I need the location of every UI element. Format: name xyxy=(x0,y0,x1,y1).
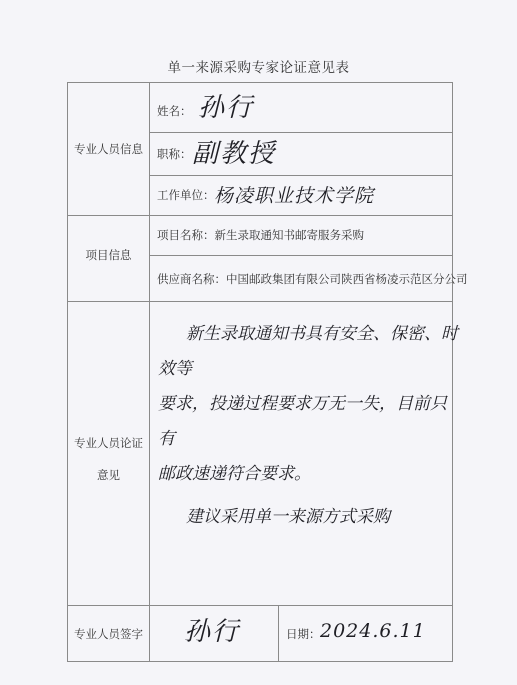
project-info-label: 项目信息 xyxy=(68,245,149,267)
column-divider-signature xyxy=(149,605,150,662)
expert-opinion-form-table: 专业人员信息 姓名： 孙行 职称： 副教授 工作单位： 杨凌职业技术学院 项目信… xyxy=(67,82,453,662)
project-name-value: 新生录取通知书邮寄服务采购 xyxy=(215,228,365,242)
supplier-value: 中国邮政集团有限公司陕西省杨凌示范区分公司 xyxy=(226,272,468,286)
supplier-row: 供应商名称：中国邮政集团有限公司陕西省杨凌示范区分公司 xyxy=(157,271,468,287)
expert-opinion-label-line2: 意见 xyxy=(68,465,149,487)
opinion-line: 要求，投递过程要求万无一失，目前只有 xyxy=(158,387,458,457)
section-divider xyxy=(68,215,453,216)
project-name-label: 项目名称： xyxy=(157,228,215,242)
date-handwritten: 2024.6.11 xyxy=(320,620,426,642)
work-unit-handwritten: 杨凌职业技术学院 xyxy=(214,181,374,208)
expert-opinion-label: 专业人员论证 意见 xyxy=(68,433,149,487)
row-divider xyxy=(149,255,453,256)
title-label: 职称： xyxy=(157,146,192,162)
section-divider xyxy=(68,301,453,302)
name-handwritten: 孙行 xyxy=(198,87,254,124)
title-handwritten: 副教授 xyxy=(192,133,276,170)
opinion-line: 建议采用单一来源方式采购 xyxy=(158,500,458,535)
signature-handwritten: 孙行 xyxy=(184,611,240,648)
work-unit-label: 工作单位： xyxy=(157,187,215,203)
column-divider xyxy=(149,83,150,605)
signature-label: 专业人员签字 xyxy=(68,624,149,646)
date-label: 日期： xyxy=(286,626,321,642)
personnel-info-label: 专业人员信息 xyxy=(68,139,149,161)
expert-opinion-label-line1: 专业人员论证 xyxy=(68,433,149,455)
opinion-line: 邮政速递符合要求。 xyxy=(158,457,458,492)
document-title: 单一来源采购专家论证意见表 xyxy=(0,56,517,76)
name-label: 姓名： xyxy=(157,103,192,119)
supplier-label: 供应商名称： xyxy=(157,272,226,286)
section-divider xyxy=(68,605,453,606)
row-divider xyxy=(149,175,453,176)
project-name-row: 项目名称：新生录取通知书邮寄服务采购 xyxy=(157,227,364,243)
column-divider-date xyxy=(278,605,279,662)
opinion-line: 新生录取通知书具有安全、保密、时效等 xyxy=(158,317,458,387)
expert-opinion-handwritten: 新生录取通知书具有安全、保密、时效等 要求，投递过程要求万无一失，目前只有 邮政… xyxy=(158,317,458,535)
